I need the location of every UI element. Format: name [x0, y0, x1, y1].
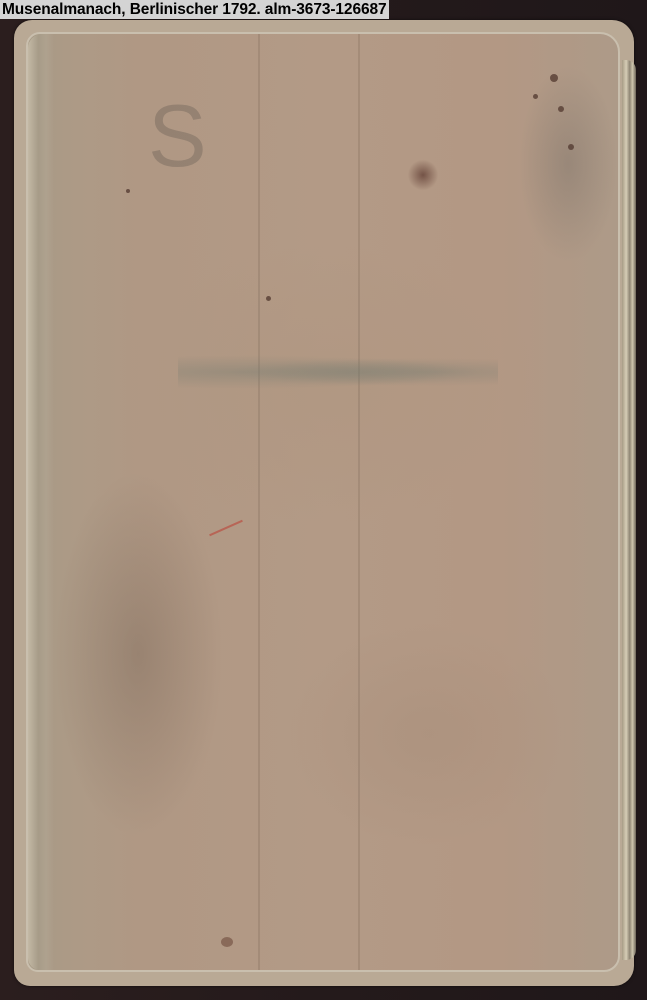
- spot: [126, 189, 130, 193]
- page-edges: [622, 60, 636, 960]
- spine-edge: [28, 34, 54, 970]
- cover-crease: [358, 34, 360, 970]
- faded-title-marks: [178, 352, 498, 392]
- spot: [221, 937, 233, 947]
- image-caption: Musenalmanach, Berlinischer 1792. alm-36…: [0, 0, 389, 19]
- monogram-letter: S: [148, 92, 207, 180]
- spot: [568, 144, 574, 150]
- book: S: [14, 20, 634, 986]
- spot: [550, 74, 558, 82]
- red-fiber: [209, 520, 243, 536]
- spot: [558, 106, 564, 112]
- book-cover: S: [26, 32, 620, 972]
- spot: [266, 296, 271, 301]
- stain: [408, 159, 438, 191]
- cover-crease: [258, 34, 260, 970]
- spot: [533, 94, 538, 99]
